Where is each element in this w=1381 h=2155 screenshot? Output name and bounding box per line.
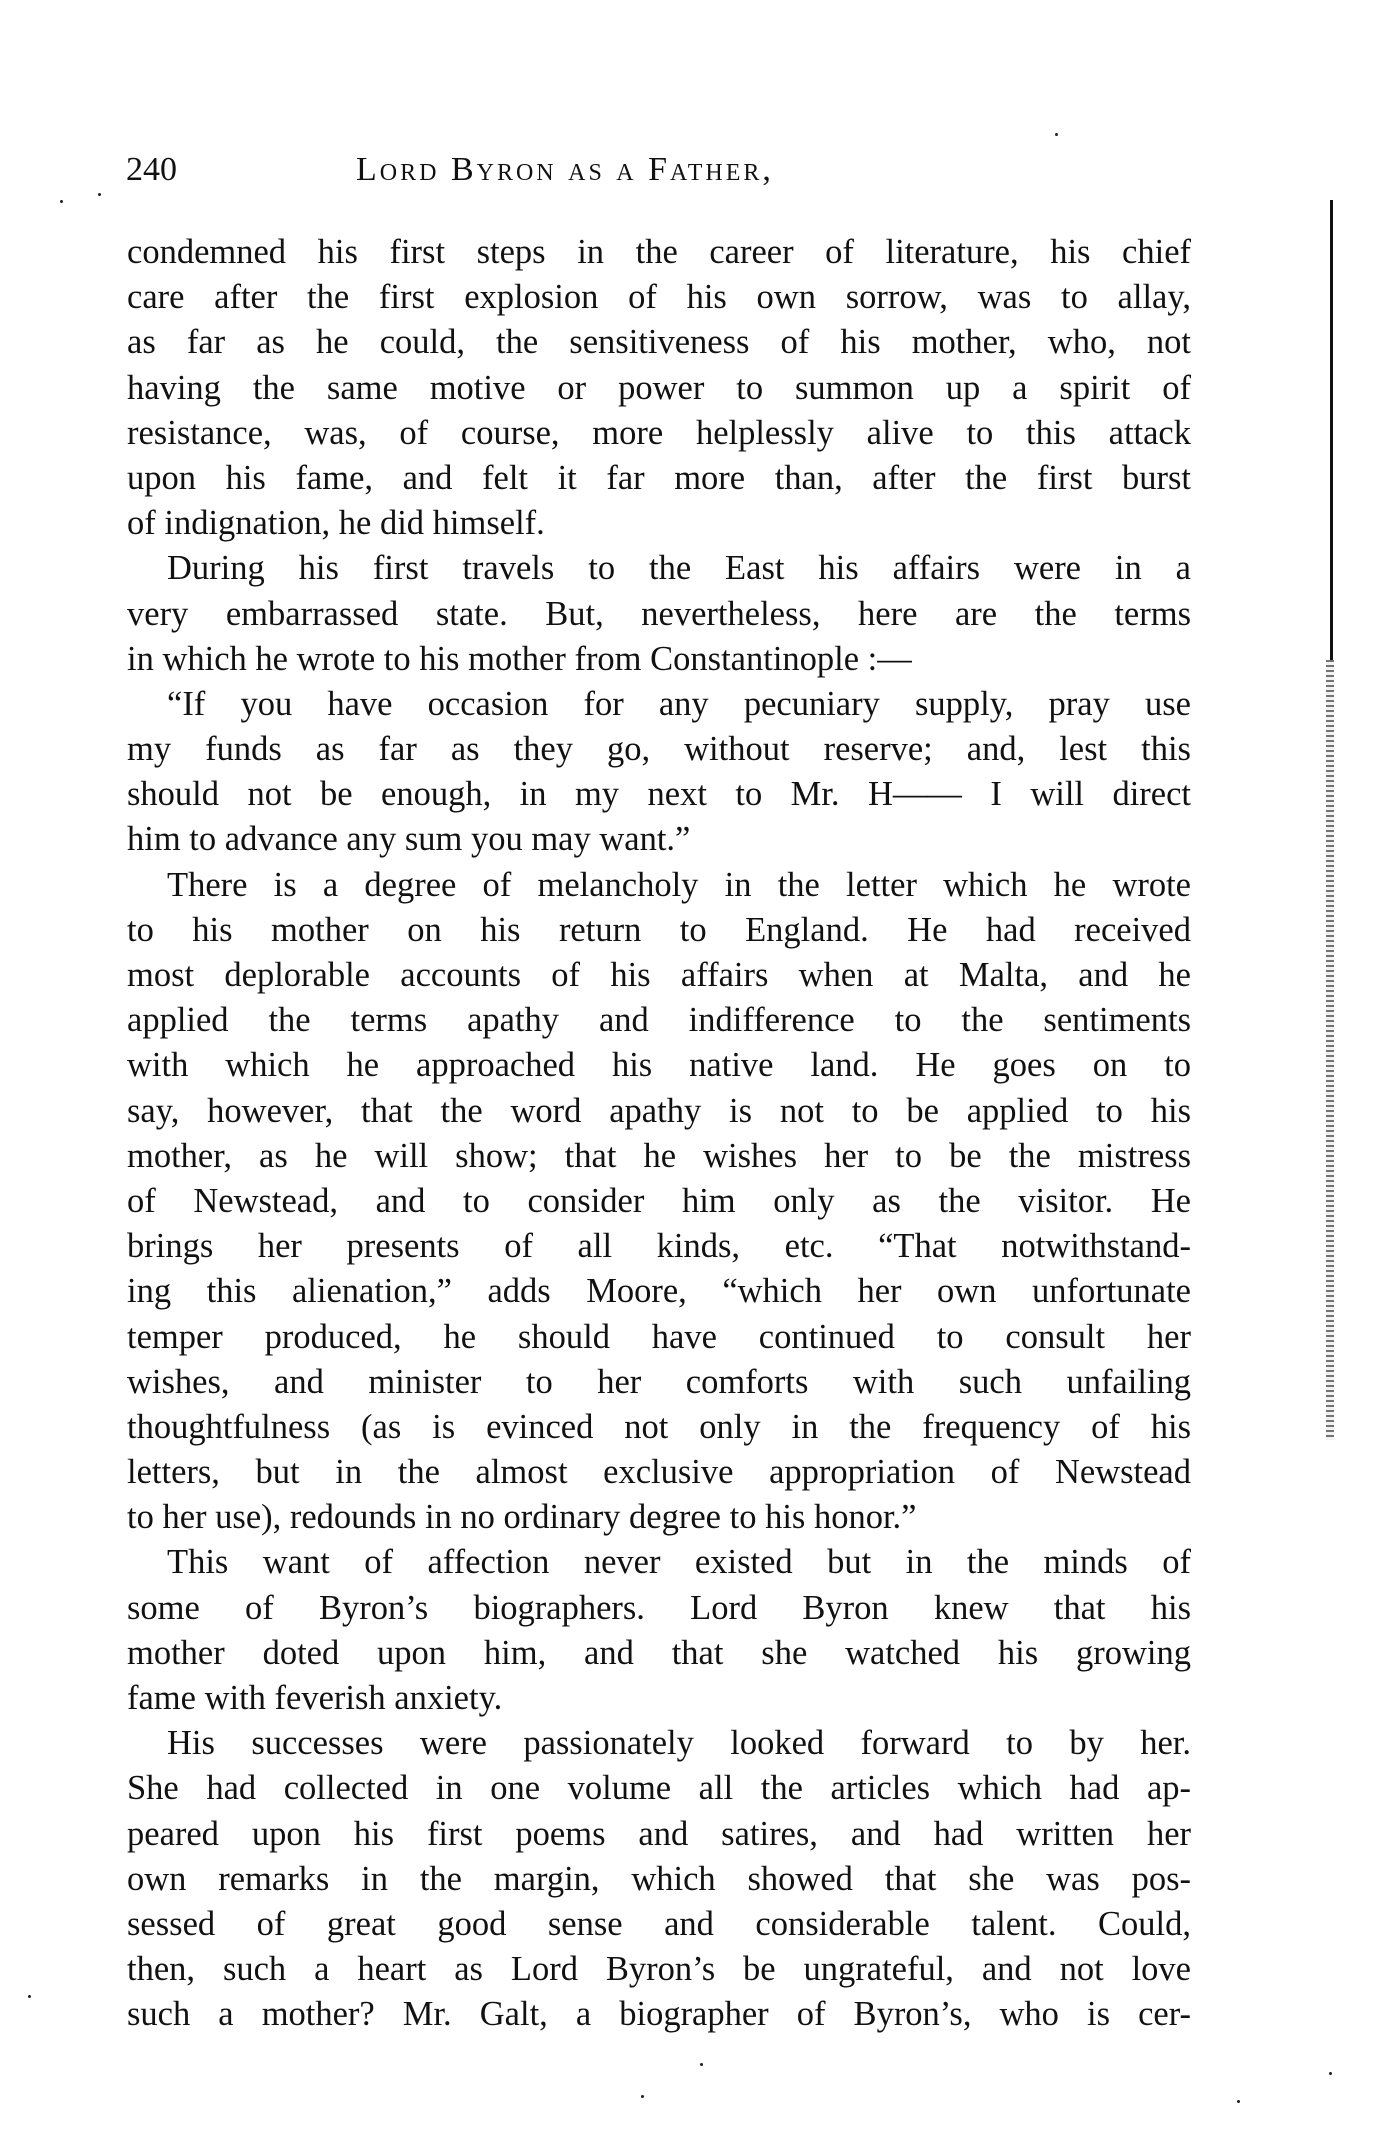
text-line: thoughtfulness (as is evinced not only i…: [127, 1405, 1191, 1450]
text-line: very embarrassed state. But, nevertheles…: [127, 592, 1191, 637]
binding-edge-shadow: [1326, 660, 1334, 1440]
text-line: my funds as far as they go, without rese…: [127, 727, 1191, 772]
text-line: sessed of great good sense and considera…: [127, 1902, 1191, 1947]
text-line: upon his fame, and felt it far more than…: [127, 456, 1191, 501]
text-line: having the same motive or power to summo…: [127, 366, 1191, 411]
paragraph-first-line: This want of affection never existed but…: [127, 1540, 1191, 1585]
text-line: as far as he could, the sensitiveness of…: [127, 320, 1191, 365]
text-line: resistance, was, of course, more helples…: [127, 411, 1191, 456]
paragraph-first-line: During his first travels to the East his…: [127, 546, 1191, 591]
running-title: Lord Byron as a Father,: [356, 148, 774, 192]
book-page: 240 Lord Byron as a Father, condemned hi…: [0, 0, 1381, 2155]
text-line: such a mother? Mr. Galt, a biographer of…: [127, 1992, 1191, 2037]
paragraph-first-line: His successes were passionately looked f…: [127, 1721, 1191, 1766]
text-line: of Newstead, and to consider him only as…: [127, 1179, 1191, 1224]
scan-speck: [28, 1995, 31, 1998]
text-line: with which he approached his native land…: [127, 1043, 1191, 1088]
paragraph-first-line: There is a degree of melancholy in the l…: [127, 863, 1191, 908]
text-line: fame with feverish anxiety.: [127, 1676, 1191, 1721]
text-line: say, however, that the word apathy is no…: [127, 1089, 1191, 1134]
scan-speck: [1329, 2072, 1332, 2075]
scan-speck: [1055, 133, 1058, 136]
scan-speck: [60, 200, 63, 203]
text-line: to his mother on his return to England. …: [127, 908, 1191, 953]
text-line: She had collected in one volume all the …: [127, 1766, 1191, 1811]
text-line: letters, but in the almost exclusive app…: [127, 1450, 1191, 1495]
text-line: condemned his first steps in the career …: [127, 230, 1191, 275]
text-line: should not be enough, in my next to Mr. …: [127, 772, 1191, 817]
text-line: wishes, and minister to her comforts wit…: [127, 1360, 1191, 1405]
binding-edge-line: [1330, 200, 1333, 660]
text-line: mother, as he will show; that he wishes …: [127, 1134, 1191, 1179]
text-line: peared upon his first poems and satires,…: [127, 1812, 1191, 1857]
text-line: ing this alienation,” adds Moore, “which…: [127, 1269, 1191, 1314]
text-line: care after the first explosion of his ow…: [127, 275, 1191, 320]
text-line: him to advance any sum you may want.”: [127, 817, 1191, 862]
quote-first-line: “If you have occasion for any pecuniary …: [127, 682, 1191, 727]
text-line: temper produced, he should have continue…: [127, 1315, 1191, 1360]
text-line: some of Byron’s biographers. Lord Byron …: [127, 1586, 1191, 1631]
text-line: in which he wrote to his mother from Con…: [127, 637, 1191, 682]
text-line: brings her presents of all kinds, etc. “…: [127, 1224, 1191, 1269]
scan-speck: [98, 193, 101, 196]
text-line: own remarks in the margin, which showed …: [127, 1857, 1191, 1902]
text-line: to her use), redounds in no ordinary deg…: [127, 1495, 1191, 1540]
scan-speck: [641, 2095, 644, 2098]
text-line: mother doted upon him, and that she watc…: [127, 1631, 1191, 1676]
running-head: 240 Lord Byron as a Father,: [126, 148, 1190, 192]
page-number: 240: [126, 148, 177, 192]
scan-speck: [700, 2063, 703, 2066]
text-line: of indignation, he did himself.: [127, 501, 1191, 546]
body-text: condemned his first steps in the career …: [127, 230, 1191, 2038]
text-line: applied the terms apathy and indifferenc…: [127, 998, 1191, 1043]
text-line: most deplorable accounts of his affairs …: [127, 953, 1191, 998]
text-line: then, such a heart as Lord Byron’s be un…: [127, 1947, 1191, 1992]
scan-speck: [1237, 2100, 1240, 2103]
